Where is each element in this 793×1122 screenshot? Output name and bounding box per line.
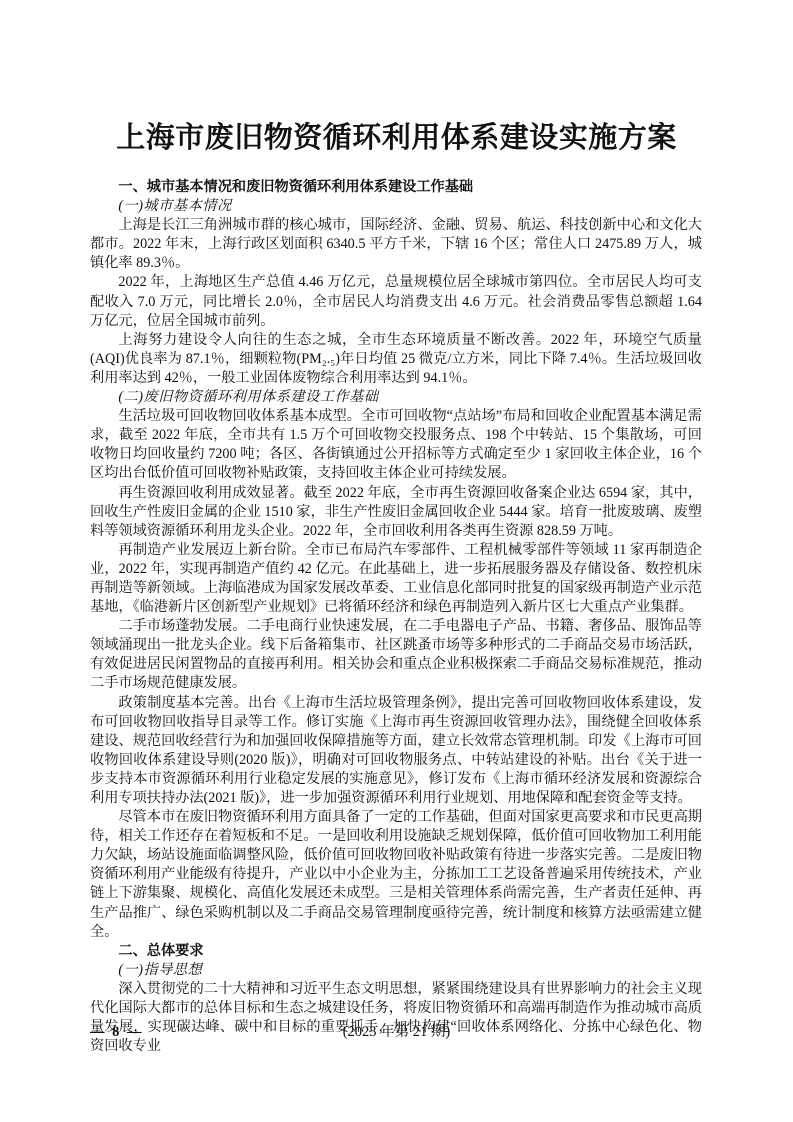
document-title: 上海市废旧物资循环利用体系建设实施方案: [0, 0, 793, 158]
document-body: 一、城市基本情况和废旧物资循环利用体系建设工作基础 (一)城市基本情况 上海是长…: [90, 178, 702, 1056]
paragraph-secondhand-market: 二手市场蓬勃发展。二手电商行业快速发展，在二手电器电子产品、书籍、奢侈品、服饰品…: [90, 617, 702, 693]
page-footer: — 8 — (2023 年第 21 期): [0, 1021, 793, 1043]
paragraph-economy: 2022 年，上海地区生产总值 4.46 万亿元，总量规模位居全球城市第四位。全…: [90, 273, 702, 330]
section-heading-2: 二、总体要求: [90, 942, 702, 961]
paragraph-city-overview: 上海是长江三角洲城市群的核心城市，国际经济、金融、贸易、航运、科技创新中心和文化…: [90, 216, 702, 273]
paragraph-renewable-resources: 再生资源回收利用成效显著。截至 2022 年底，全市再生资源回收备案企业达 65…: [90, 484, 702, 541]
paragraph-environment: 上海努力建设令人向往的生态之城，全市生态环境质量不断改善。2022 年，环境空气…: [90, 331, 702, 388]
paragraph-recycling-system: 生活垃圾可回收物回收体系基本成型。全市可回收物“点站场”布局和回收企业配置基本满…: [90, 407, 702, 483]
paragraph-policy-system: 政策制度基本完善。出台《上海市生活垃圾管理条例》，提出完善可回收物回收体系建设，…: [90, 694, 702, 809]
paragraph-shortcomings: 尽管本市在废旧物资循环利用方面具备了一定的工作基础，但面对国家更高要求和市民更高…: [90, 808, 702, 942]
subsection-heading-1-2: (二)废旧物资循环利用体系建设工作基础: [90, 388, 702, 407]
section-heading-1: 一、城市基本情况和废旧物资循环利用体系建设工作基础: [90, 178, 702, 197]
page-number: — 8 —: [90, 1021, 144, 1043]
document-page: 上海市废旧物资循环利用体系建设实施方案 一、城市基本情况和废旧物资循环利用体系建…: [0, 0, 793, 1122]
subsection-heading-1-1: (一)城市基本情况: [90, 197, 702, 216]
paragraph-remanufacturing: 再制造产业发展迈上新台阶。全市已布局汽车零部件、工程机械零部件等领域 11 家再…: [90, 541, 702, 617]
paragraph-guiding-ideology: 深入贯彻党的二十大精神和习近平生态文明思想，紧紧围绕建设具有世界影响力的社会主义…: [90, 980, 702, 1056]
subsection-heading-2-1: (一)指导思想: [90, 961, 702, 980]
